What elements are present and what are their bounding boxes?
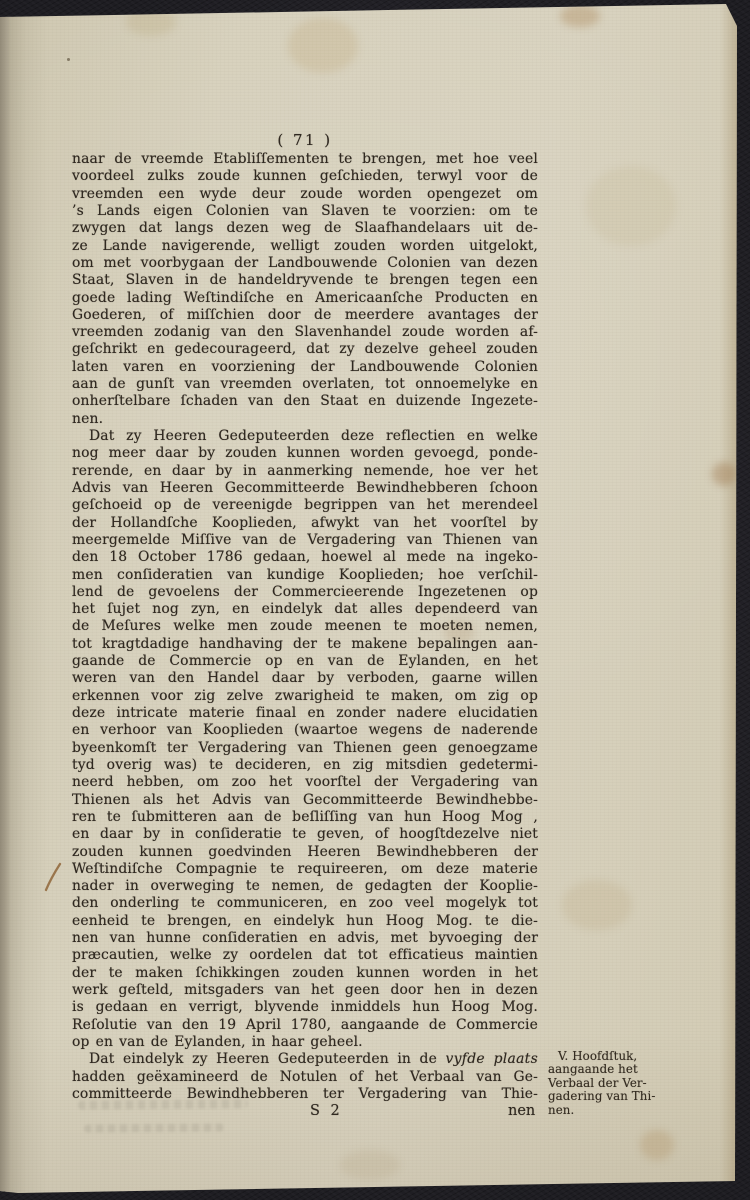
speck	[67, 58, 70, 61]
body-line: Thienen als het Advis van Gecommitteerde…	[72, 792, 538, 809]
body-line: het ſujet nog zyn, en eindelyk dat alles…	[72, 601, 538, 618]
body-line: onherſtelbare ſchaden van den Staat en d…	[72, 393, 538, 410]
text-column: naar de vreemde Etabliſſementen te breng…	[72, 151, 538, 1103]
body-line: is gedaan en verrigt, blyvende inmiddels…	[72, 999, 538, 1016]
body-line: en daar by in conſideratie te geven, of …	[72, 826, 538, 843]
body-line: nen van hunne conſideratien en advis, me…	[72, 930, 538, 947]
body-line: geſchoeid op de vereenigde begrippen van…	[72, 497, 538, 514]
scanned-page: ( 71 ) naar de vreemde Etabliſſementen t…	[0, 0, 750, 1200]
body-line: nog meer daar by zouden kunnen worden ge…	[72, 445, 538, 462]
body-line: Goederen, of miſſchien door de meerdere …	[72, 307, 538, 324]
stain	[288, 18, 358, 73]
body-line: Weſtindiſche Compagnie te requireeren, o…	[72, 861, 538, 878]
body-line: vreemden een wyde deur zoude worden open…	[72, 186, 538, 203]
margin-note-line: Verbaal der Ver-	[548, 1077, 664, 1090]
body-line: nen.	[72, 411, 538, 428]
body-line: om met voorbygaan der Landbouwende Colon…	[72, 255, 538, 272]
body-line: ’s Lands eigen Colonien van Slaven te vo…	[72, 203, 538, 220]
body-line: aan de gunſt van vreemden overlaten, tot…	[72, 376, 538, 393]
signature-line: S 2 nen	[72, 1103, 538, 1123]
body-line: goede lading Weſtindiſche en Americaanſc…	[72, 290, 538, 307]
stain	[586, 166, 676, 246]
body-line: ren te ſubmitteren aan de beſliſſing van…	[72, 809, 538, 826]
stain	[560, 5, 600, 27]
body-line: lend de gevoelens der Commercieerende In…	[72, 584, 538, 601]
body-line: op en van de Eylanden, in haar geheel.	[72, 1034, 538, 1051]
margin-note-line: gadering van Thi-	[548, 1090, 664, 1103]
body-line: men conſideratien van kundige Kooplieden…	[72, 567, 538, 584]
body-line: der Hollandſche Kooplieden, afwykt van h…	[72, 515, 538, 532]
body-line: ze Lande navigerende, welligt zouden wor…	[72, 238, 538, 255]
body-line: Advis van Heeren Gecommitteerde Bewindhe…	[72, 480, 538, 497]
bleedthrough-text-smudge	[84, 1123, 224, 1132]
body-line: Dat zy Heeren Gedeputeerden deze reflect…	[72, 428, 538, 445]
page-number: ( 71 )	[72, 131, 538, 149]
body-line: weren van den Handel daar by verboden, g…	[72, 670, 538, 687]
body-line: neerd hebben, om zoo het voorſtel der Ve…	[72, 774, 538, 791]
body-line: præcautien, welke zy oordelen dat tot ef…	[72, 947, 538, 964]
margin-note-line: nen.	[548, 1104, 664, 1117]
margin-note: V. Hoofdſtuk,aangaande hetVerbaal der Ve…	[548, 1050, 664, 1117]
signature-mark: S 2	[310, 1103, 343, 1119]
body-line: werk geſteld, mitsgaders van het geen do…	[72, 982, 538, 999]
body-line: Dat eindelyk zy Heeren Gedeputeerden in …	[72, 1051, 538, 1068]
stain	[712, 462, 736, 486]
body-line: erkennen voor zig zelve zwarigheid te ma…	[72, 688, 538, 705]
body-line: der te maken ſchikkingen zouden kunnen w…	[72, 965, 538, 982]
body-line: meergemelde Miſſive van de Vergadering v…	[72, 532, 538, 549]
stain	[126, 8, 176, 36]
body-line: gaande de Commercie op en van de Eylande…	[72, 653, 538, 670]
stain	[340, 1150, 400, 1180]
body-line: Reſolutie van den 19 April 1780, aangaan…	[72, 1017, 538, 1034]
body-line: deze intricate materie finaal en zonder …	[72, 705, 538, 722]
body-line: eenheid te brengen, en eindelyk hun Hoog…	[72, 913, 538, 930]
body-line: laten varen en voorziening der Landbouwe…	[72, 359, 538, 376]
body-line: vreemden zodanig van den Slavenhandel zo…	[72, 324, 538, 341]
body-line: de Meſures welke men zoude meenen te moe…	[72, 618, 538, 635]
body-line: tot kragtdadige handhaving der te makene…	[72, 636, 538, 653]
body-line: nader in overweging te nemen, de gedagte…	[72, 878, 538, 895]
body-line: naar de vreemde Etabliſſementen te breng…	[72, 151, 538, 168]
body-line: hadden geëxamineerd de Notulen of het Ve…	[72, 1069, 538, 1086]
body-line: committeerde Bewindhebberen ter Vergader…	[72, 1086, 538, 1103]
margin-note-line: V. Hoofdſtuk,	[548, 1050, 664, 1063]
body-line: byeenkomſt ter Vergadering van Thienen g…	[72, 740, 538, 757]
stain	[640, 1130, 674, 1160]
body-line: den 18 October 1786 gedaan, hoewel al me…	[72, 549, 538, 566]
body-line: en verhoor van Kooplieden (waartoe wegen…	[72, 722, 538, 739]
body-line: Staat, Slaven in de handeldryvende te br…	[72, 272, 538, 289]
body-line: zouden kunnen goedvinden Heeren Bewindhe…	[72, 844, 538, 861]
body-line: den onderling te communiceren, en zoo ve…	[72, 895, 538, 912]
body-line: rerende, en daar by in aanmerking nemend…	[72, 463, 538, 480]
body-line: voordeel zulks zoude kunnen geſchieden, …	[72, 168, 538, 185]
body-line: geſchrikt en gedecourageerd, dat zy deze…	[72, 341, 538, 358]
body-line: zwygen dat langs dezen weg de Slaafhande…	[72, 220, 538, 237]
scan-background: { "page": { "number_display": "( 71 )", …	[0, 0, 750, 1200]
ink-stroke-mark	[42, 860, 66, 894]
stain	[562, 880, 632, 930]
catchword: nen	[508, 1103, 535, 1119]
body-line: tyd overig was) te decideren, en zig mit…	[72, 757, 538, 774]
margin-note-line: aangaande het	[548, 1063, 664, 1076]
